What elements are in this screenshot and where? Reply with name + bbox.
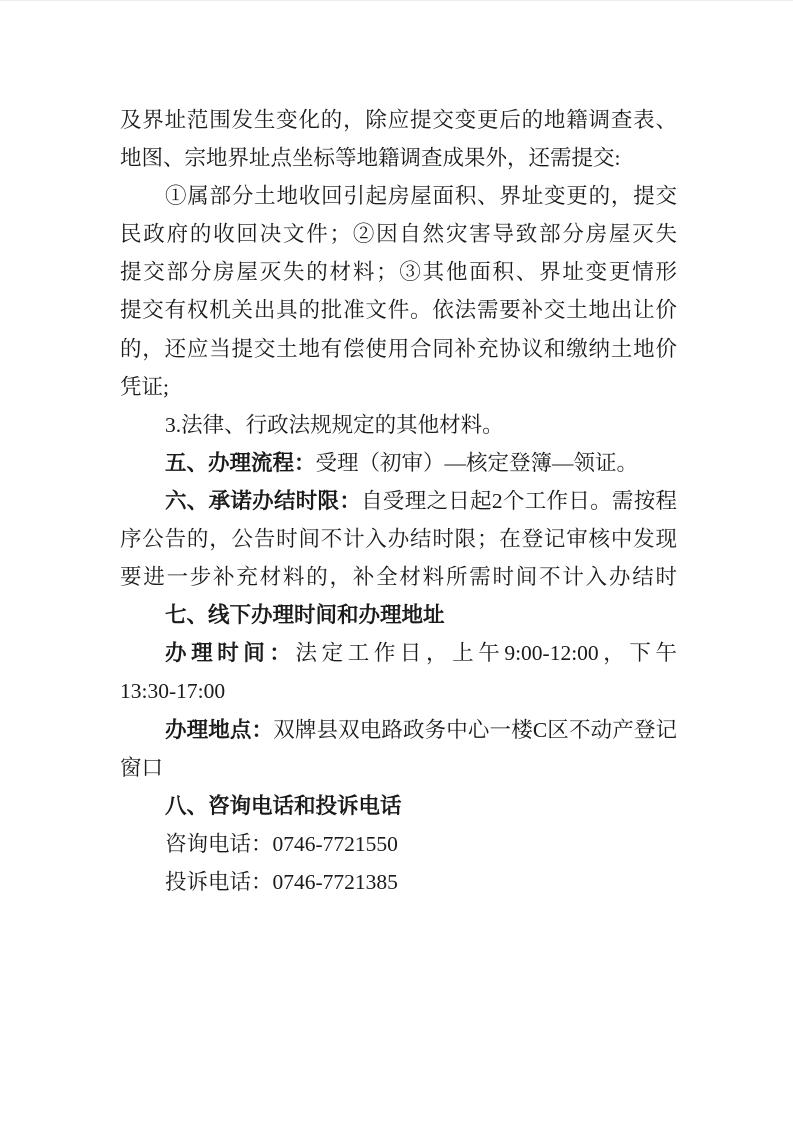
consult-phone-text: 咨询电话：0746-7721550	[165, 832, 398, 856]
section7-heading: 七、线下办理时间和办理地址	[165, 603, 445, 627]
line-office-hours-cont: 13:30-17:00	[120, 672, 677, 710]
line-text: 及界址范围发生变化的，除应提交变更后的地籍调查表、宗	[120, 108, 677, 139]
line-section6-cont-2: 要进一步补充材料的，补全材料所需时间不计入办结时限。	[120, 558, 677, 596]
line-text: 地图、宗地界址点坐标等地籍调查成果外，还需提交:	[120, 146, 620, 170]
line-approval-document: 提交有权机关出具的批准文件。依法需要补交土地出让价款	[120, 291, 677, 329]
line-text: 要进一步补充材料的，补全材料所需时间不计入办结时限。	[120, 565, 677, 596]
line-section6-cont-1: 序公告的，公告时间不计入办结时限；在登记审核中发现需	[120, 520, 677, 558]
line-text: 凭证;	[120, 375, 169, 399]
line-complaint-phone: 投诉电话：0746-7721385	[120, 863, 677, 901]
document-page: 及界址范围发生变化的，除应提交变更后的地籍调查表、宗 地图、宗地界址点坐标等地籍…	[0, 0, 793, 1122]
line-text: 的，还应当提交土地有偿使用合同补充协议和缴纳土地价款的	[120, 337, 677, 368]
line-office-hours: 办理时间：法定工作日，上午9:00-12:00，下午	[120, 634, 677, 672]
line-office-location-cont: 窗口	[120, 749, 677, 787]
line-text: ①属部分土地收回引起房屋面积、界址变更的，提交人	[120, 184, 677, 215]
line-text: 提交有权机关出具的批准文件。依法需要补交土地出让价款	[120, 298, 677, 329]
line-section6-time-limit: 六、承诺办结时限：自受理之日起2个工作日。需按程	[120, 482, 677, 520]
document-body: 及界址范围发生变化的，除应提交变更后的地籍调查表、宗 地图、宗地界址点坐标等地籍…	[120, 101, 677, 901]
line-other-materials: 3.法律、行政法规规定的其他材料。	[120, 406, 677, 444]
line-item-circle2: 民政府的收回决文件；②因自然灾害导致部分房屋灭失的，	[120, 215, 677, 253]
line-text: 3.法律、行政法规规定的其他材料。	[165, 413, 504, 437]
line-text: 提交部分房屋灭失的材料；③其他面积、界址变更情形的，	[120, 260, 677, 291]
section5-heading: 五、办理流程：	[165, 451, 316, 475]
line-text: 窗口	[120, 756, 163, 780]
line-text: 自受理之日起2个工作日。需按程	[361, 489, 677, 513]
line-section5-process: 五、办理流程：受理（初审）—核定登簿—领证。	[120, 444, 677, 482]
line-item-circle3: 提交部分房屋灭失的材料；③其他面积、界址变更情形的，	[120, 253, 677, 291]
line-continuation-2: 地图、宗地界址点坐标等地籍调查成果外，还需提交:	[120, 139, 677, 177]
line-text: 13:30-17:00	[120, 679, 225, 703]
line-item-circle1: ①属部分土地收回引起房屋面积、界址变更的，提交人	[120, 177, 677, 215]
complaint-phone-text: 投诉电话：0746-7721385	[165, 870, 398, 894]
line-consult-phone: 咨询电话：0746-7721550	[120, 825, 677, 863]
section6-heading: 六、承诺办结时限：	[165, 489, 361, 513]
line-section8-heading: 八、咨询电话和投诉电话	[120, 787, 677, 825]
line-text: 民政府的收回决文件；②因自然灾害导致部分房屋灭失的，	[120, 222, 677, 253]
line-text: 受理（初审）—核定登簿—领证。	[316, 451, 639, 475]
line-text: 序公告的，公告时间不计入办结时限；在登记审核中发现需	[120, 527, 677, 558]
office-hours-label: 办理时间：	[165, 641, 296, 665]
line-continuation-1: 及界址范围发生变化的，除应提交变更后的地籍调查表、宗	[120, 101, 677, 139]
line-supplement-payment: 的，还应当提交土地有偿使用合同补充协议和缴纳土地价款的	[120, 330, 677, 368]
section8-heading: 八、咨询电话和投诉电话	[165, 794, 402, 818]
line-text: 法定工作日，上午9:00-12:00，下午	[296, 641, 677, 665]
line-text: 双牌县双电路政务中心一楼C区不动产登记	[273, 718, 677, 742]
line-office-location: 办理地点：双牌县双电路政务中心一楼C区不动产登记	[120, 711, 677, 749]
line-section7-heading: 七、线下办理时间和办理地址	[120, 596, 677, 634]
line-receipt: 凭证;	[120, 368, 677, 406]
office-location-label: 办理地点：	[165, 718, 273, 742]
